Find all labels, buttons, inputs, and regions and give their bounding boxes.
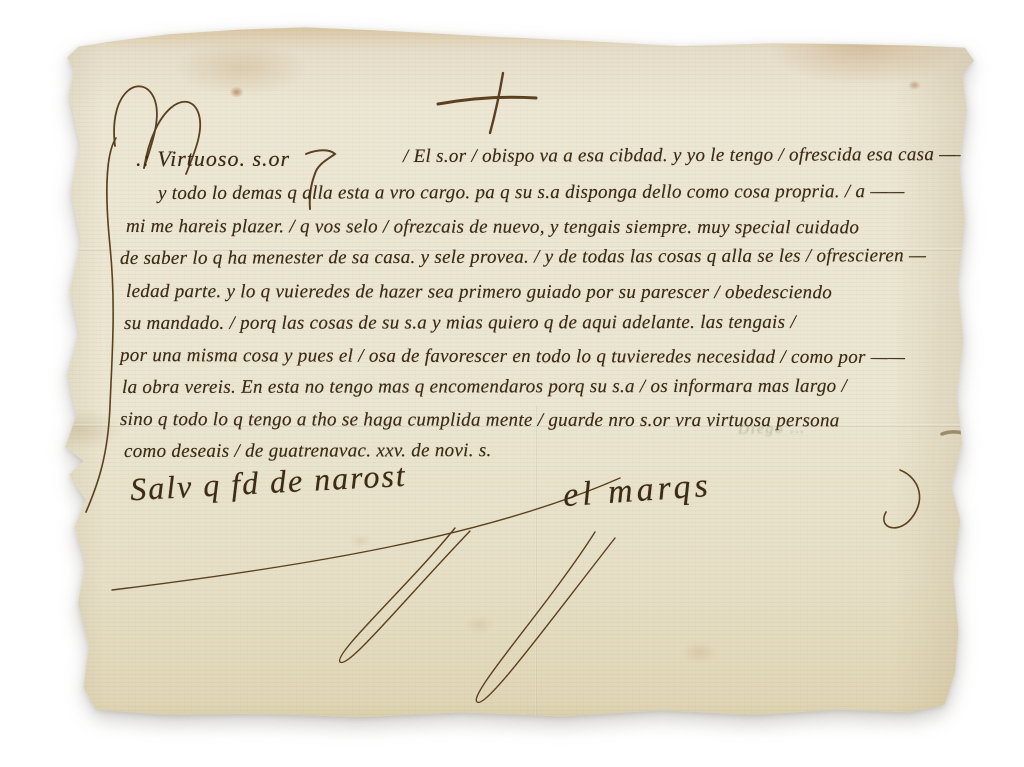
body-line-6: su mandado. / porq las cosas de su s.a y…: [124, 312, 796, 335]
paper-shadow-wrap: .: Virtuoso. s.or / El s.or / obispo va …: [58, 26, 974, 722]
body-line-1: / El s.or / obispo va a esa cibdad. y yo…: [403, 144, 974, 168]
signature-right: el marqs: [562, 467, 713, 515]
body-line-10: como deseais / de guatrenavac. xxv. de n…: [124, 440, 492, 463]
manuscript-paper: .: Virtuoso. s.or / El s.or / obispo va …: [58, 26, 974, 722]
signature-left: Salv q fd de narost: [129, 457, 407, 508]
body-line-3: mi me hareis plazer. / q vos selo / ofre…: [126, 216, 859, 239]
invocation-cross-icon: [438, 73, 536, 133]
fold-crease-vertical: [535, 406, 537, 716]
body-line-4: de saber lo q ha menester de sa casa. y …: [120, 245, 926, 270]
ink-showthrough-text: Diego …: [738, 418, 948, 439]
body-line-2: y todo lo demas q alla esta a vro cargo.…: [158, 181, 905, 205]
body-line-9: sino q todo lo q tengo a tho se haga cum…: [120, 409, 840, 432]
signature-flourishes: [112, 470, 920, 702]
body-line-5: ledad parte. y lo q vuieredes de hazer s…: [126, 281, 832, 304]
photo-background: .: Virtuoso. s.or / El s.or / obispo va …: [0, 0, 1024, 767]
salutation: .: Virtuoso. s.or: [136, 146, 290, 172]
body-line-7: por una misma cosa y pues el / osa de fa…: [120, 345, 905, 369]
ink-flourishes: [58, 26, 974, 722]
body-line-8: la obra vereis. En esta no tengo mas q e…: [122, 376, 847, 399]
